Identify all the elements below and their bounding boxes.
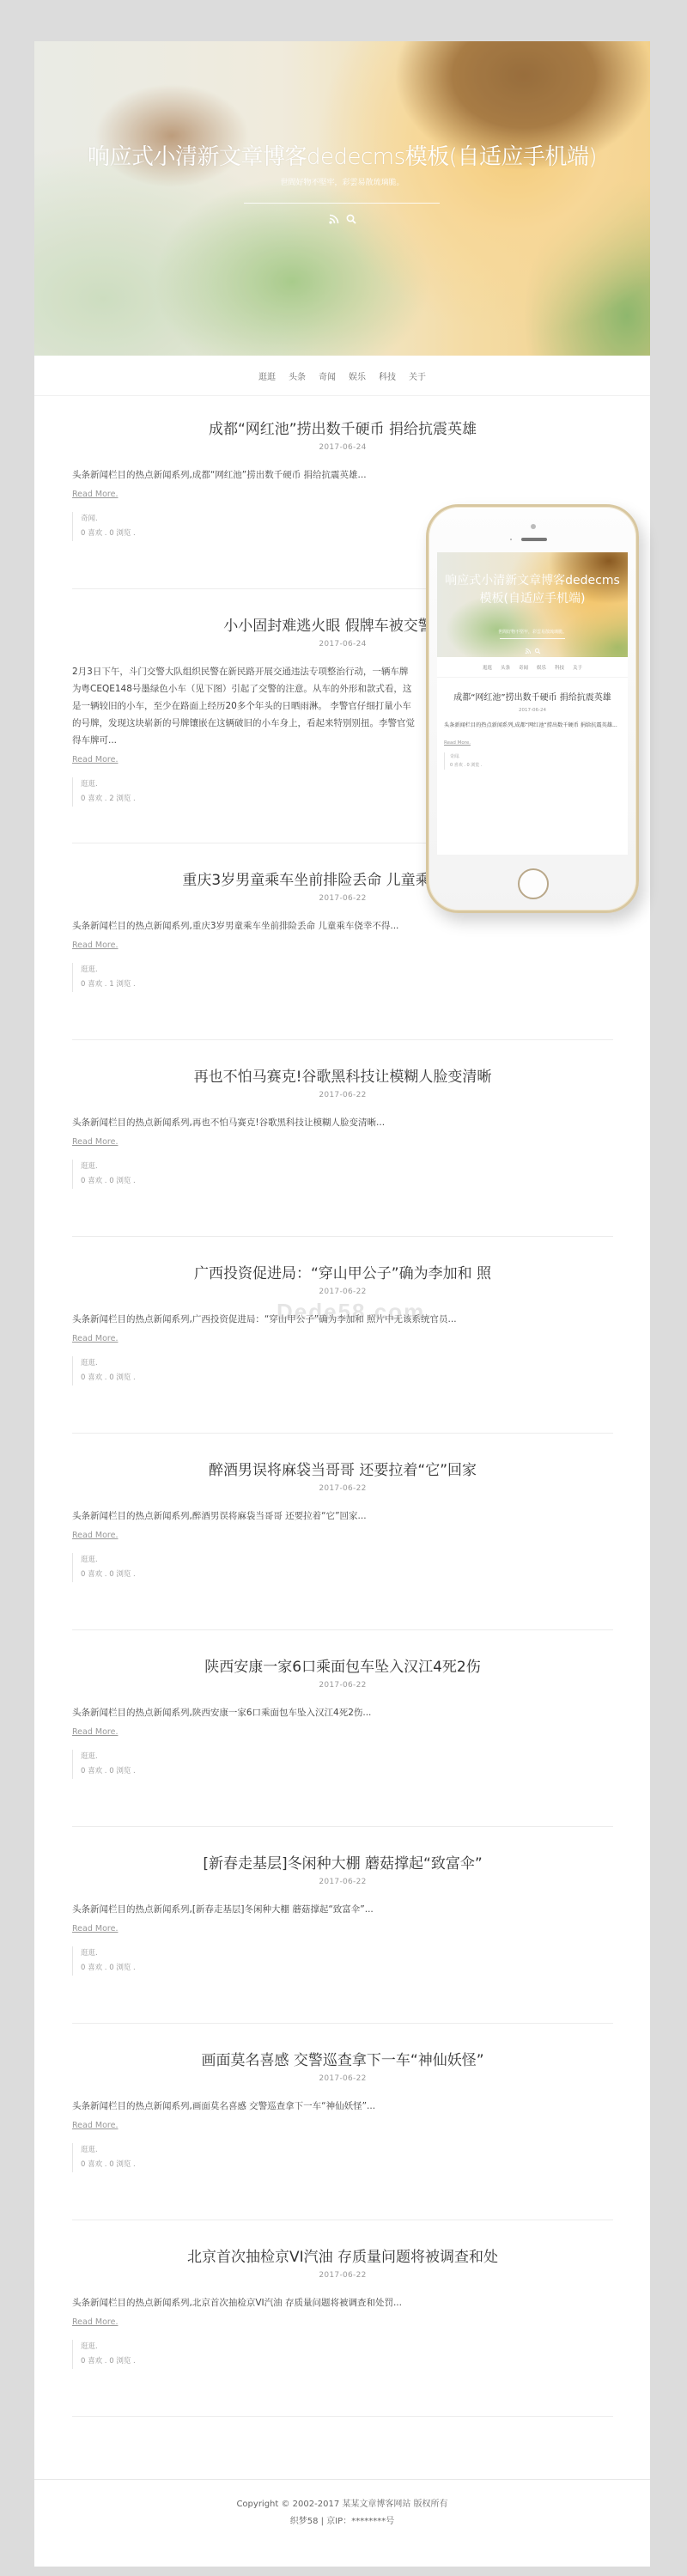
phone-site-title: 响应式小清新文章博客dedecms模板(自适应手机端) [442,572,623,608]
footer-icp[interactable]: 织梦58 | 京IP：********号 [34,2513,650,2526]
article-excerpt: 头条新闻栏目的热点新闻系列,陕西安康一家6口乘面包车坠入汉江4死2伤... [72,1704,613,1721]
phone-article-date: 2017-06-24 [444,708,621,713]
nav-item-guanyu[interactable]: 关于 [409,369,426,382]
site-subtitle: 世間好物不堅牢，彩雲易散琉璃脆。 [34,176,650,187]
article-category[interactable]: 逛逛. [81,1553,613,1568]
read-more-link[interactable]: Read More. [72,755,118,764]
article-excerpt: 头条新闻栏目的热点新闻系列,醉酒男误将麻袋当哥哥 还要拉着“它”回家... [72,1507,613,1525]
phone-hero: 响应式小清新文章博客dedecms模板(自适应手机端) 世間好物不堅牢，彩雲易散… [437,552,628,657]
article-excerpt: 头条新闻栏目的热点新闻系列,再也不怕马赛克!谷歌黑科技让模糊人脸变清晰... [72,1114,613,1131]
nav-item-qiwen[interactable]: 奇闻 [319,369,336,382]
article-meta: 逛逛. 0 喜欢 . 0 浏览 . [72,1356,613,1385]
article-divider [72,1236,613,1237]
article-divider [72,1433,613,1434]
phone-article-excerpt: 头条新闻栏目的热点新闻系列,成都“网红池”捞出数千硬币 捐给抗震英雄... [444,720,621,731]
read-more-link[interactable]: Read More. [72,1334,118,1343]
nav-item-toutiao[interactable]: 头条 [289,369,306,382]
article-category[interactable]: 逛逛. [81,1946,613,1961]
phone-screen: 响应式小清新文章博客dedecms模板(自适应手机端) 世間好物不堅牢，彩雲易散… [437,552,628,855]
article-category[interactable]: 逛逛. [81,1356,613,1371]
hero-icons [34,212,650,224]
article-title[interactable]: 再也不怕马赛克!谷歌黑科技让模糊人脸变清晰 [72,1067,613,1087]
read-more-link[interactable]: Read More. [72,1137,118,1147]
article-divider [72,2023,613,2024]
article-divider [72,1039,613,1040]
article-category[interactable]: 逛逛. [81,2143,613,2158]
article-stats: 0 喜欢 . 0 浏览 . [81,1174,613,1189]
phone-speaker [521,538,547,541]
article-date: 2017-06-22 [72,1681,613,1690]
article-category[interactable]: 逛逛. [81,1160,613,1174]
article-date: 2017-06-22 [72,1878,613,1886]
article-meta: 逛逛. 0 喜欢 . 0 浏览 . [72,1750,613,1779]
article-stats: 0 喜欢 . 1 浏览 . [81,977,613,992]
hero-divider [244,203,440,204]
read-more-link[interactable]: Read More. [72,490,118,499]
article-excerpt: 头条新闻栏目的热点新闻系列,[新春走基层]冬闲种大棚 蘑菇撑起“致富伞”... [72,1901,613,1918]
article-card: [新春走基层]冬闲种大棚 蘑菇撑起“致富伞” 2017-06-22 头条新闻栏目… [72,1854,613,1976]
hero-banner: 响应式小清新文章博客dedecms模板(自适应手机端) 世間好物不堅牢，彩雲易散… [34,41,650,356]
article-card: 北京首次抽检京VI汽油 存质量问题将被调查和处 2017-06-22 头条新闻栏… [72,2247,613,2369]
article-date: 2017-06-22 [72,1484,613,1493]
phone-hero-divider [500,638,565,639]
nav-item-guangguang[interactable]: 逛逛 [258,369,276,382]
phone-site-subtitle: 世間好物不堅牢，彩雲易散琉璃脆。 [437,629,628,635]
phone-nav-item: 关于 [573,664,582,671]
article-title[interactable]: 醉酒男误将麻袋当哥哥 还要拉着“它”回家 [72,1460,613,1481]
article-meta: 逛逛. 0 喜欢 . 0 浏览 . [72,2143,613,2172]
article-card: 陕西安康一家6口乘面包车坠入汉江4死2伤 2017-06-22 头条新闻栏目的热… [72,1657,613,1779]
article-meta: 逛逛. 0 喜欢 . 0 浏览 . [72,1160,613,1189]
phone-mockup: 响应式小清新文章博客dedecms模板(自适应手机端) 世間好物不堅牢，彩雲易散… [426,504,639,913]
phone-home-button [518,868,549,899]
article-excerpt: 头条新闻栏目的热点新闻系列,重庆3岁男童乘车坐前排险丢命 儿童乘车侥幸不得... [72,917,613,935]
article-divider [72,2416,613,2417]
article-meta: 逛逛. 0 喜欢 . 1 浏览 . [72,963,613,992]
phone-article-title: 成都“网红池”捞出数千硬币 捐给抗震英雄 [444,690,621,706]
article-title[interactable]: 画面莫名喜感 交警巡查拿下一车“神仙妖怪” [72,2050,613,2071]
phone-read-more-link: Read More. [444,740,471,746]
article-card: 再也不怕马赛克!谷歌黑科技让模糊人脸变清晰 2017-06-22 头条新闻栏目的… [72,1067,613,1189]
article-divider [72,1826,613,1827]
read-more-link[interactable]: Read More. [72,2121,118,2130]
read-more-link[interactable]: Read More. [72,1924,118,1934]
article-date: 2017-06-24 [72,443,613,452]
watermark: Dede58.com [277,1299,425,1325]
search-icon[interactable] [345,212,357,224]
phone-nav-item: 奇闻 [519,664,528,671]
phone-nav-item: 逛逛 [483,664,492,671]
article-meta: 逛逛. 0 喜欢 . 0 浏览 . [72,1553,613,1582]
article-excerpt: 头条新闻栏目的热点新闻系列,成都“网红池”捞出数千硬币 捐给抗震英雄... [72,466,613,484]
article-stats: 0 喜欢 . 0 浏览 . [81,2158,613,2172]
phone-nav-item: 娱乐 [537,664,546,671]
phone-nav-item: 科技 [555,664,564,671]
article-excerpt: 2月3日下午，斗门交警大队组织民警在新民路开展交通违法专项整治行动，一辆车牌为粤… [72,663,416,749]
rss-icon [525,642,532,649]
article-stats: 0 喜欢 . 0 浏览 . [81,2354,613,2369]
main-nav: 逛逛 头条 奇闻 娱乐 科技 关于 [34,356,650,396]
phone-article-meta: 奇闻. 0 喜欢 . 0 浏览 . [444,752,621,770]
article-category[interactable]: 逛逛. [81,963,613,977]
footer-copyright: Copyright © 2002-2017 某某文章博客网站 版权所有 [34,2496,650,2509]
article-stats: 0 喜欢 . 0 浏览 . [81,1764,613,1779]
article-meta: 逛逛. 0 喜欢 . 0 浏览 . [72,1946,613,1976]
article-category[interactable]: 逛逛. [81,1750,613,1764]
article-excerpt: 头条新闻栏目的热点新闻系列,北京首次抽检京VI汽油 存质量问题将被调查和处罚..… [72,2294,613,2311]
article-date: 2017-06-22 [72,1091,613,1099]
phone-article-category: 奇闻. [450,752,621,761]
article-category[interactable]: 逛逛. [81,2340,613,2354]
article-stats: 0 喜欢 . 0 浏览 . [81,1961,613,1976]
article-divider [72,1629,613,1630]
rss-icon[interactable] [328,212,340,224]
article-title[interactable]: 成都“网红池”捞出数千硬币 捐给抗震英雄 [72,419,613,440]
article-stats: 0 喜欢 . 0 浏览 . [81,1568,613,1582]
article-meta: 逛逛. 0 喜欢 . 0 浏览 . [72,2340,613,2369]
read-more-link[interactable]: Read More. [72,2317,118,2327]
page-container: 响应式小清新文章博客dedecms模板(自适应手机端) 世間好物不堅牢，彩雲易散… [34,41,650,2567]
read-more-link[interactable]: Read More. [72,941,118,950]
phone-nav-item: 头条 [501,664,510,671]
phone-sensor [510,539,512,540]
read-more-link[interactable]: Read More. [72,1531,118,1540]
article-excerpt: 头条新闻栏目的热点新闻系列,画面莫名喜感 交警巡查拿下一车“神仙妖怪”... [72,2098,613,2115]
read-more-link[interactable]: Read More. [72,1727,118,1737]
article-title[interactable]: 北京首次抽检京VI汽油 存质量问题将被调查和处 [72,2247,613,2268]
article-stats: 0 喜欢 . 0 浏览 . [81,1371,613,1385]
phone-camera [531,524,536,529]
site-title[interactable]: 响应式小清新文章博客dedecms模板(自适应手机端) [34,139,650,171]
article-title[interactable]: 广西投资促进局：“穿山甲公子”确为李加和 照 [72,1264,613,1284]
article-date: 2017-06-22 [72,2074,613,2083]
article-title[interactable]: 陕西安康一家6口乘面包车坠入汉江4死2伤 [72,1657,613,1678]
nav-item-keji[interactable]: 科技 [379,369,396,382]
nav-item-yule[interactable]: 娱乐 [349,369,366,382]
phone-article-card: 成都“网红池”捞出数千硬币 捐给抗震英雄 2017-06-24 头条新闻栏目的热… [444,690,621,770]
phone-hero-icons [437,642,628,649]
footer: Copyright © 2002-2017 某某文章博客网站 版权所有 织梦58… [34,2479,650,2541]
article-date: 2017-06-22 [72,2271,613,2280]
article-card: 醉酒男误将麻袋当哥哥 还要拉着“它”回家 2017-06-22 头条新闻栏目的热… [72,1460,613,1582]
article-card: 画面莫名喜感 交警巡查拿下一车“神仙妖怪” 2017-06-22 头条新闻栏目的… [72,2050,613,2172]
article-title[interactable]: [新春走基层]冬闲种大棚 蘑菇撑起“致富伞” [72,1854,613,1874]
phone-nav: 逛逛 头条 奇闻 娱乐 科技 关于 [437,657,628,678]
search-icon [534,642,541,649]
phone-article-stats: 0 喜欢 . 0 浏览 . [450,761,621,770]
article-divider [72,2220,613,2220]
article-date: 2017-06-22 [72,1288,613,1296]
